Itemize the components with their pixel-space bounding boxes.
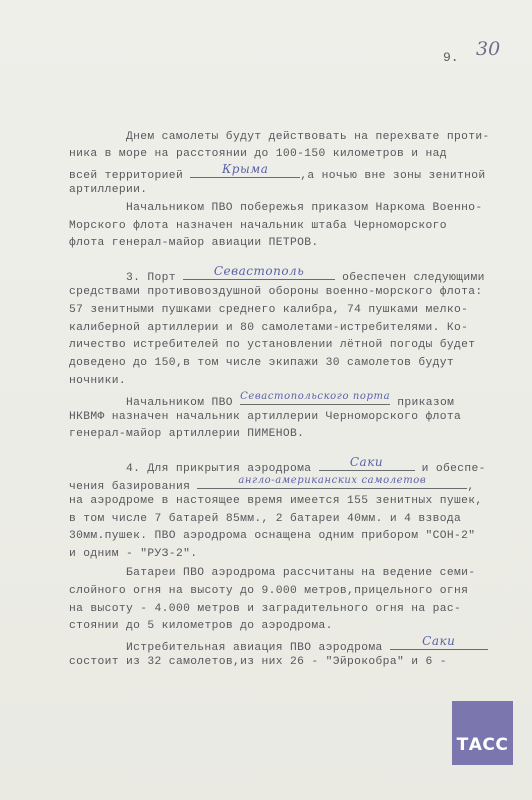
text-line: в том числе 7 батарей 85мм., 2 батареи 4… xyxy=(69,513,461,526)
text-fragment: ,а ночью вне зоны зенитной xyxy=(300,170,485,182)
handwritten-entry: Саки xyxy=(390,635,488,648)
text-fragment: чения базирования xyxy=(69,481,197,493)
text-line: на аэродроме в настоящее время имеется 1… xyxy=(69,495,483,508)
handwritten-entry: Севастопольского порта xyxy=(240,390,390,403)
filled-blank: Крыма xyxy=(190,166,300,178)
text-line: на высоту - 4.000 метров и заградительно… xyxy=(69,603,461,616)
tass-logo-text: ТАСС xyxy=(452,735,513,755)
text-line: артиллерии. xyxy=(69,184,147,197)
filled-blank: англо-американских самолетов xyxy=(197,477,467,489)
text-line: НКВМФ назначен начальник артиллерии Черн… xyxy=(69,411,461,424)
text-fragment: Истребительная авиация ПВО аэродрома xyxy=(126,642,390,654)
text-fragment: , xyxy=(467,481,474,493)
text-line: состоит из 32 самолетов,из них 26 - "Эйр… xyxy=(69,656,447,669)
text-line: 57 зенитными пушками среднего калибра, 7… xyxy=(69,304,468,317)
text-line: 30мм.пушек. ПВО аэродрома оснащена одним… xyxy=(69,530,475,543)
filled-blank: Саки xyxy=(319,459,415,471)
filled-blank: Севастополь xyxy=(183,268,335,280)
text-line: калиберной артиллерии и 80 самолетами-ис… xyxy=(69,322,468,335)
text-line: и одним - "РУЗ-2". xyxy=(69,548,197,561)
handwritten-entry: Севастополь xyxy=(183,265,335,278)
text-line: стоянии до 5 километров до аэродрома. xyxy=(69,620,333,633)
text-line: средствами противовоздушной обороны воен… xyxy=(69,286,483,299)
text-line: слойного огня на высоту до 9.000 метров,… xyxy=(69,585,468,598)
text-fragment: 3. Порт xyxy=(126,272,183,284)
page-number: 9. xyxy=(443,50,459,65)
text-fragment: обеспечен следующими xyxy=(335,272,485,284)
text-line: всей территорией Крыма,а ночью вне зоны … xyxy=(69,166,486,183)
handwritten-entry: Саки xyxy=(319,456,415,469)
text-line: Истребительная авиация ПВО аэродрома Сак… xyxy=(126,638,488,655)
document-page: 9. 30 Днем самолеты будут действовать на… xyxy=(0,0,532,800)
text-line: Начальником ПВО побережья приказом Нарко… xyxy=(126,202,482,215)
text-line: ночники. xyxy=(69,375,126,388)
tass-logo: ТАСС xyxy=(452,701,513,765)
text-line: Батареи ПВО аэродрома рассчитаны на веде… xyxy=(126,567,475,580)
text-line: чения базирования англо-американских сам… xyxy=(69,477,474,494)
filled-blank: Севастопольского порта xyxy=(240,393,390,405)
text-line: Днем самолеты будут действовать на перех… xyxy=(126,131,490,144)
text-fragment: Начальником ПВО xyxy=(126,397,240,409)
text-line: личество истребителей по установлении лё… xyxy=(69,339,475,352)
text-line: Морского флота назначен начальник штаба … xyxy=(69,220,447,233)
filled-blank: Саки xyxy=(390,638,488,650)
text-line: ника в море на расстоянии до 100-150 кил… xyxy=(69,148,447,161)
text-line: флота генерал-майор авиации ПЕТРОВ. xyxy=(69,237,319,250)
text-line: Начальником ПВО Севастопольского порта п… xyxy=(126,393,454,410)
text-line: доведено до 150,в том числе экипажи 30 с… xyxy=(69,357,454,370)
handwritten-entry: Крыма xyxy=(190,163,300,176)
text-line: 3. Порт Севастополь обеспечен следующими xyxy=(126,268,485,285)
handwritten-page-number: 30 xyxy=(476,38,500,60)
text-fragment: приказом xyxy=(390,397,454,409)
handwritten-entry: англо-американских самолетов xyxy=(197,474,467,487)
text-line: генерал-майор артиллерии ПИМЕНОВ. xyxy=(69,428,304,441)
text-fragment: всей территорией xyxy=(69,170,190,182)
